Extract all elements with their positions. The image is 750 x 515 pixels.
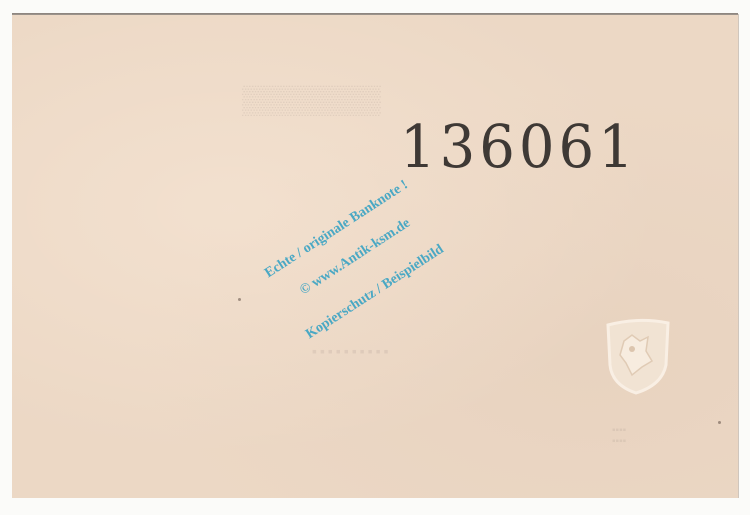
serial-number: 136061 (400, 113, 638, 181)
paper-speck (238, 298, 241, 301)
banknote: ▒▒▒▒▒▒▒ ▪▪▪▪▪▪▪▪▪▪ ▪▪▪▪▪▪▪▪ 136061 (12, 14, 738, 498)
show-through-print: ▪▪▪▪▪▪▪▪▪▪ (312, 345, 392, 361)
paper-speck (718, 421, 721, 424)
embossed-seal-icon (602, 317, 674, 395)
show-through-print: ▪▪▪▪▪▪▪▪ (612, 425, 626, 447)
show-through-print: ▒▒▒▒▒▒▒ (242, 85, 381, 117)
